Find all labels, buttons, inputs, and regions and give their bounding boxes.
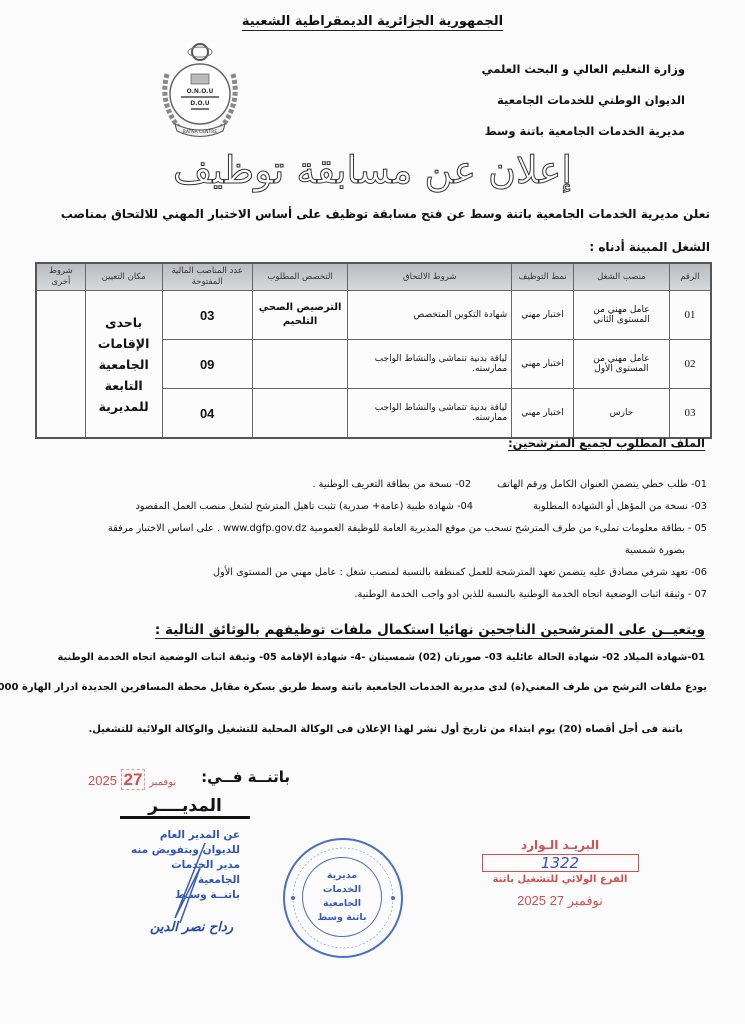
col-other: شروط أخرى: [36, 263, 85, 291]
final-docs-heading: ويتعيــن على المترشحين الناجحين نهائيا ا…: [155, 622, 705, 638]
date-year: 2025: [88, 773, 117, 788]
date-month: نوفمبر: [149, 777, 176, 788]
university-services-emblem-icon: O.N.O.U D.O.U BATNA CENTRE: [145, 34, 255, 144]
required-docs-list: 01- طلب خطي يتضمن العنوان الكامل ورقم ال…: [17, 474, 707, 606]
row-number: 01: [669, 291, 711, 340]
official-seal-icon: مديرية الخدمات الجامعية باتنة وسط: [283, 838, 403, 958]
row-mode: اختبار مهني: [512, 291, 574, 340]
svg-text:D.O.U: D.O.U: [190, 100, 210, 107]
row-specialty: [252, 389, 348, 439]
mail-stamp-title: البريـد الـوارد: [475, 838, 645, 852]
directorate-line: مديرية الخدمات الجامعية باتنة وسط: [425, 116, 685, 147]
table-row: 01 عامل مهني من المستوى الثاني اختبار مه…: [36, 291, 711, 340]
col-number: الرقم: [669, 263, 711, 291]
col-mode: نمط التوظيف: [512, 263, 574, 291]
republic-title: الجمهورية الجزائرية الديمقراطية الشعبية: [242, 14, 503, 31]
intro-paragraph: تعلن مديرية الخدمات الجامعية باتنة وسط ع…: [10, 198, 710, 264]
row-position: عامل مهني من المستوى الثاني: [573, 291, 669, 340]
svg-text:O.N.O.U: O.N.O.U: [187, 88, 214, 95]
required-docs-heading: الملف المطلوب لجميع المترشحين:: [508, 436, 705, 450]
deadline-note: باتنة فى أجل أقصاه (20) يوم ابتداء من تا…: [33, 724, 683, 735]
intro-line-1: تعلن مديرية الخدمات الجامعية باتنة وسط ع…: [10, 198, 710, 231]
incoming-mail-stamp: البريـد الـوارد 1322 الفرع الولائي للتشغ…: [475, 838, 645, 909]
row-conditions: لياقة بدنية تتماشى والنشاط الواجب ممارست…: [348, 389, 512, 439]
row-mode: اختبار مهني: [512, 389, 574, 439]
doc-item-04: 04- شهادة طبية (عامة+ صدرية) تثبت تاهيل …: [135, 501, 473, 512]
final-docs-list: 01-شهادة الميلاد 02- شهادة الحالة عائلية…: [15, 652, 705, 663]
col-specialty: التخصص المطلوب: [252, 263, 348, 291]
svg-text:BATNA CENTRE: BATNA CENTRE: [183, 129, 218, 135]
director-title: المديــــر: [120, 796, 250, 819]
col-place: مكان التعيين: [85, 263, 162, 291]
seal-line: الخدمات الجامعية: [303, 883, 381, 911]
date-stamp: 2025 نوفمبر 27: [88, 770, 176, 790]
row-mode: اختبار مهني: [512, 340, 574, 389]
seal-line: مديرية: [327, 869, 357, 883]
list-item: 06- تعهد شرفي مصادق عليه يتضمن تعهد المت…: [17, 562, 707, 584]
positions-table: الرقم منصب الشغل نمط التوظيف شروط الالتح…: [35, 262, 712, 439]
intro-line-2: الشغل المبينة أدناه :: [10, 231, 710, 264]
assignment-place: باحدى الإقامات الجامعية التابعة للمديرية: [85, 291, 162, 439]
col-position: منصب الشغل: [573, 263, 669, 291]
doc-item-01: 01- طلب خطي يتضمن العنوان الكامل ورقم ال…: [497, 479, 707, 490]
signature-scribble-icon: [160, 838, 220, 928]
row-conditions: لياقة بدنية تتماشى والنشاط الواجب ممارست…: [348, 340, 512, 389]
list-item: 07 - وثيقة اثبات الوضعية اتجاه الخدمة ال…: [17, 584, 707, 606]
list-item: 05 - بطاقة معلومات تملىء من طرف المترشح …: [17, 518, 707, 540]
row-count: 04: [162, 389, 252, 439]
list-item: 01- طلب خطي يتضمن العنوان الكامل ورقم ال…: [17, 474, 707, 496]
other-conditions: [36, 291, 85, 439]
row-position: عامل مهني من المستوى الأول: [573, 340, 669, 389]
final-docs-heading-text: ويتعيــن على المترشحين الناجحين نهائيا ا…: [155, 622, 705, 639]
republic-header: الجمهورية الجزائرية الديمقراطية الشعبية: [0, 14, 745, 29]
col-conditions: شروط الالتحاق: [348, 263, 512, 291]
office-line: الديوان الوطني للخدمات الجامعية: [425, 85, 685, 116]
document-page: الجمهورية الجزائرية الديمقراطية الشعبية …: [0, 0, 745, 1024]
row-count: 09: [162, 340, 252, 389]
list-item: 03- نسخة من المؤهل أو الشهادة المطلوبة04…: [17, 496, 707, 518]
table-header-row: الرقم منصب الشغل نمط التوظيف شروط الالتح…: [36, 263, 711, 291]
col-count: عدد المناصب المالية المفتوحة: [162, 263, 252, 291]
doc-item-03: 03- نسخة من المؤهل أو الشهادة المطلوبة: [533, 501, 707, 512]
seal-center: مديرية الخدمات الجامعية باتنة وسط: [302, 857, 382, 937]
deposit-instructions: يودع ملفات الترشح من طرف المعني(ة) لدى م…: [7, 682, 707, 693]
row-count: 03: [162, 291, 252, 340]
mail-branch: الفرع الولائي للتشغيل باتنة: [475, 874, 645, 885]
row-number: 02: [669, 340, 711, 389]
page-title: إعلان عن مسابقة توظيف: [0, 148, 745, 192]
date-day: 27: [121, 769, 146, 790]
row-position: حارس: [573, 389, 669, 439]
signer-name: رداح نصر الدين: [150, 920, 233, 935]
row-conditions: شهادة التكوين المتخصص: [348, 291, 512, 340]
mail-number: 1322: [482, 854, 639, 872]
ministry-block: وزارة التعليم العالي و البحث العلمي الدي…: [425, 54, 685, 147]
ministry-line: وزارة التعليم العالي و البحث العلمي: [425, 54, 685, 85]
doc-item-02: 02- نسخة من بطاقة التعريف الوطنية .: [312, 479, 471, 490]
row-number: 03: [669, 389, 711, 439]
list-item-continued: بصورة شمسية: [17, 540, 707, 562]
seal-line: باتنة وسط: [317, 911, 366, 925]
mail-date: 2025 نوفمبر 27: [475, 893, 645, 909]
required-docs-heading-text: الملف المطلوب لجميع المترشحين:: [508, 436, 705, 451]
row-specialty: [252, 340, 348, 389]
row-specialty: الترصيص الصحي التلحيم: [252, 291, 348, 340]
